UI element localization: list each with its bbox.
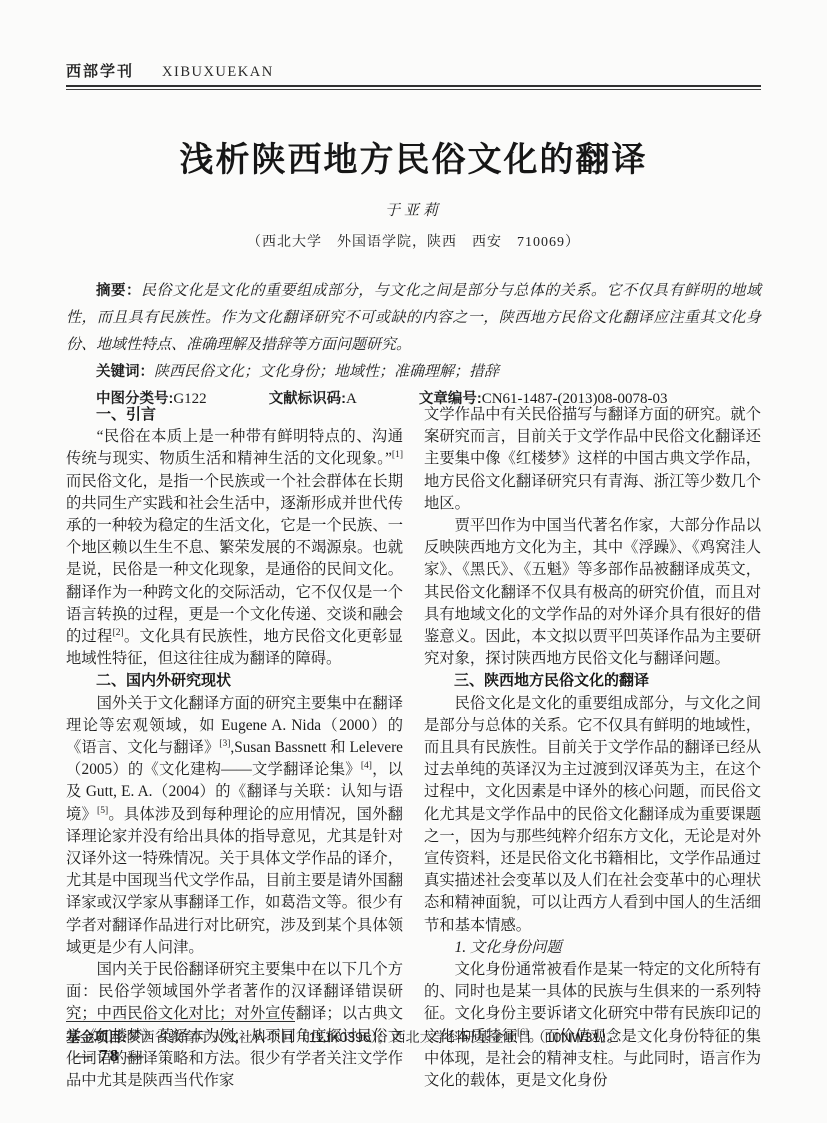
keywords-label: 关键词：	[96, 364, 154, 380]
front-matter: 摘要：民俗文化是文化的重要组成部分，与文化之间是部分与总体的关系。它不仅具有鲜明…	[66, 278, 761, 413]
abstract-paragraph: 摘要：民俗文化是文化的重要组成部分，与文化之间是部分与总体的关系。它不仅具有鲜明…	[66, 278, 761, 359]
author-affiliation: （西北大学 外国语学院，陕西 西安 710069）	[0, 231, 827, 251]
body-paragraph: 贾平凹作为中国当代著名作家，大部分作品以反映陕西地方文化为主，其中《浮躁》、《鸡…	[424, 515, 761, 670]
body-columns: 一、引言“民俗在本质上是一种带有鲜明特点的、沟通传统与现实、物质生活和精神生活的…	[66, 404, 761, 1092]
fund-text: 陕西省教育厅人文社科项目（11JK0396）；西北大学科研基金项目（10NW31…	[127, 1029, 621, 1045]
section-heading: 三、陕西地方民俗文化的翻译	[424, 670, 761, 692]
journal-title-en: XIBUXUEKAN	[162, 64, 274, 81]
section-heading: 二、国内外研究现状	[66, 670, 403, 692]
right-column: 文学作品中有关民俗描写与翻译方面的研究。就个案研究而言，目前关于文学作品中民俗文…	[424, 404, 761, 1092]
article-title: 浅析陕西地方民俗文化的翻译	[0, 132, 827, 181]
journal-header: 西部学刊 XIBUXUEKAN	[66, 60, 274, 81]
keywords-text: 陕西民俗文化；文化身份；地域性；准确理解；措辞	[154, 364, 499, 380]
citation-ref: [2]	[113, 628, 124, 638]
fund-label: 基金项目:	[66, 1029, 127, 1045]
body-paragraph: 国外关于文化翻译方面的研究主要集中在翻译理论等宏观领域，如 Eugene A. …	[66, 693, 403, 959]
left-column: 一、引言“民俗在本质上是一种带有鲜明特点的、沟通传统与现实、物质生活和精神生活的…	[66, 404, 403, 1092]
section-heading: 一、引言	[66, 404, 403, 426]
footnote-divider	[66, 1021, 295, 1022]
body-paragraph: 国内关于民俗翻译研究主要集中在以下几个方面：民俗学领域国外学者著作的汉译翻译错误…	[66, 959, 403, 1092]
body-paragraph: “民俗在本质上是一种带有鲜明特点的、沟通传统与现实、物质生活和精神生活的文化现象…	[66, 426, 403, 670]
journal-title-cn: 西部学刊	[66, 60, 134, 81]
keywords-line: 关键词：陕西民俗文化；文化身份；地域性；准确理解；措辞	[66, 359, 761, 386]
author-name: 于亚莉	[0, 199, 827, 220]
paper-page: 西部学刊 XIBUXUEKAN 浅析陕西地方民俗文化的翻译 于亚莉 （西北大学 …	[0, 0, 827, 1123]
citation-ref: [1]	[392, 450, 403, 460]
citation-ref: [3]	[219, 739, 230, 749]
page-number: — 78 —	[74, 1046, 146, 1066]
abstract-label: 摘要：	[96, 283, 141, 299]
citation-ref: [5]	[97, 806, 108, 816]
citation-ref: [4]	[361, 761, 372, 771]
header-divider	[66, 85, 761, 90]
body-paragraph: 民俗文化是文化的重要组成部分，与文化之间是部分与总体的关系。它不仅具有鲜明的地域…	[424, 693, 761, 937]
body-paragraph: 文化身份通常被看作是某一特定的文化所特有的、同时也是某一具体的民族与生俱来的一系…	[424, 959, 761, 1092]
body-paragraph: 文学作品中有关民俗描写与翻译方面的研究。就个案研究而言，目前关于文学作品中民俗文…	[424, 404, 761, 515]
fund-footnote: 基金项目:陕西省教育厅人文社科项目（11JK0396）；西北大学科研基金项目（1…	[66, 1027, 761, 1048]
abstract-text: 民俗文化是文化的重要组成部分，与文化之间是部分与总体的关系。它不仅具有鲜明的地域…	[66, 283, 761, 353]
sub-heading: 1. 文化身份问题	[424, 937, 761, 959]
